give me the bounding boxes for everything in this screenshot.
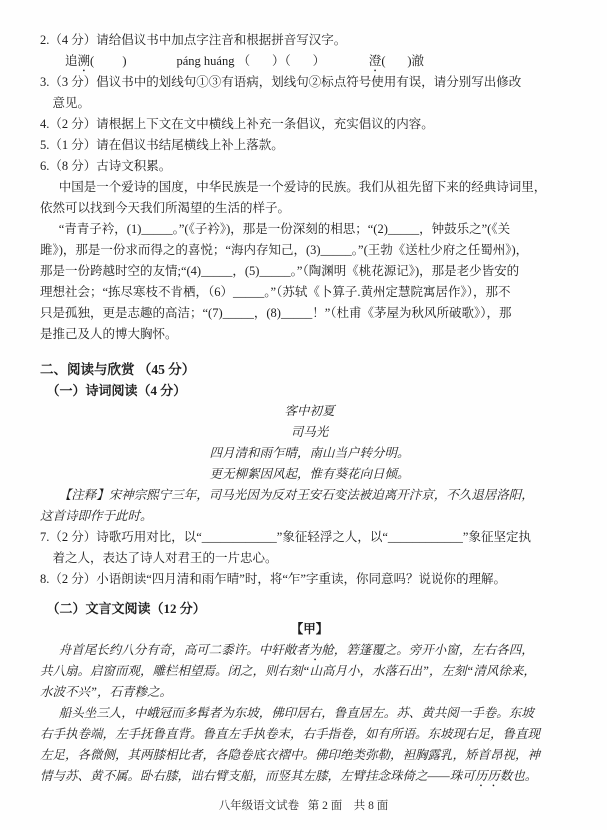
emphasis-dot-char: 为 <box>309 640 322 661</box>
emphasis-dot-char: 澄 <box>369 51 382 72</box>
question-3: 3.（3 分）倡议书中的划线句①③有语病，划线句②标点符号使用有误，请分别写出修… <box>40 72 579 114</box>
text-line: 这首诗即作于此时。 <box>40 506 579 527</box>
text-line: 7.（2 分）诗歌巧用对比，以“____________”象征轻浮之人，以“__… <box>40 527 579 548</box>
passage-jia-paragraph-1: 舟首尾长约八分有奇，高可二黍许。中轩敞者为舱，箬篷覆之。旁开小窗，左右各四，共八… <box>40 640 579 703</box>
poem-block: 客中初夏 司马光 四月清和雨乍晴，南山当户转分明。更无柳絮因风起，惟有葵花向日倾… <box>40 401 579 485</box>
section-2-subsection-1-title: （一）诗词阅读（4 分） <box>40 380 579 401</box>
text-line: 雎》)，那是一份求而得之的喜悦；“海内存知己，(3)_____。”(王勃《送杜少… <box>40 240 579 261</box>
poem-author: 司马光 <box>40 422 579 443</box>
passage-jia-paragraph-2: 船头坐三人，中峨冠而多髯者为东坡，佛印居右，鲁直居左。苏、黄共阅一手卷。东坡右手… <box>40 703 579 787</box>
question-5: 5.（1 分）请在倡议书结尾横线上补上落款。 <box>40 135 579 156</box>
text-line: 中国是一个爱诗的国度，中华民族是一个爱诗的民族。我们从祖先留下来的经典诗词里， <box>40 177 579 198</box>
question-6-paragraph-1: 中国是一个爱诗的国度，中华民族是一个爱诗的民族。我们从祖先留下来的经典诗词里，依… <box>40 177 579 219</box>
question-7: 7.（2 分）诗歌巧用对比，以“____________”象征轻浮之人，以“__… <box>40 527 579 569</box>
text-line: “青青子衿，(1)_____。”(《子衿》)，那是一份深刻的相思；“(2)___… <box>40 219 579 240</box>
text-line: 水波不兴”，石青糁之。 <box>40 682 579 703</box>
text-line: 着之人，表达了诗人对君王的一片忠心。 <box>40 548 579 569</box>
text-line: 舟首尾长约八分有奇，高可二黍许。中轩敞者为舱，箬篷覆之。旁开小窗，左右各四， <box>40 640 579 661</box>
poem-annotation: 【注释】宋神宗熙宁三年，司马光因为反对王安石变法被迫离开汴京，不久退居洛阳，这首… <box>40 485 579 527</box>
text-line: 船头坐三人，中峨冠而多髯者为东坡，佛印居右，鲁直居左。苏、黄共阅一手卷。东坡 <box>40 703 579 724</box>
text-line: 【注释】宋神宗熙宁三年，司马光因为反对王安石变法被迫离开汴京，不久退居洛阳， <box>40 485 579 506</box>
emphasis-dot-char: 溯 <box>78 51 91 72</box>
text-line: 是推己及人的博大胸怀。 <box>40 324 579 345</box>
emphasis-dot-char: 历 <box>487 766 500 787</box>
text-line: 情与苏、黄不属。卧右膝，诎右臂支船，而竖其左膝，左臂挂念珠倚之——珠可历历数也。 <box>40 766 579 787</box>
text-line: 依然可以找到今天我们所渴望的生活的样子。 <box>40 198 579 219</box>
text-line: 那是一份跨越时空的友情;“(4)_____，(5)_____。”（陶渊明《桃花源… <box>40 261 579 282</box>
text-line: 追溯( ) páng huáng （ ）（ ） 澄( )澈 <box>40 51 579 72</box>
question-6-intro: 6.（8 分）古诗文积累。 <box>40 156 579 177</box>
poem-verses: 四月清和雨乍晴，南山当户转分明。更无柳絮因风起，惟有葵花向日倾。 <box>40 443 579 485</box>
text-line: 意见。 <box>40 93 579 114</box>
text-line: 只是孤独，更是志趣的高洁；“(7)_____，(8)_____！”（杜甫《茅屋为… <box>40 303 579 324</box>
text-line: 更无柳絮因风起，惟有葵花向日倾。 <box>40 464 579 485</box>
text-line: 左足，各微侧，其两膝相比者，各隐卷底衣褶中。佛印绝类弥勒，袒胸露乳，矫首昂视，神 <box>40 745 579 766</box>
exam-paper-page: 2.（4 分）请给倡议书中加点字注音和根据拼音写汉字。 追溯( ) páng h… <box>0 0 607 830</box>
question-8: 8.（2 分）小语朗读“四月清和雨乍晴”时，将“乍”字重读，你同意吗？说说你的理… <box>40 569 579 590</box>
question-6-paragraph-2: “青青子衿，(1)_____。”(《子衿》)，那是一份深刻的相思；“(2)___… <box>40 219 579 345</box>
page-footer: 八年级语文试卷 第 2 面 共 8 面 <box>0 797 607 813</box>
question-4: 4.（2 分）请根据上下文在文中横线上补充一条倡议，充实倡议的内容。 <box>40 114 579 135</box>
question-2-pinyin-line: 追溯( ) páng huáng （ ）（ ） 澄( )澈 <box>40 51 579 72</box>
text-line: 右手执卷端，左手抚鲁直背。鲁直左手执卷末，右手指卷，如有所语。东坡现右足，鲁直现 <box>40 724 579 745</box>
section-2-title: 二、阅读与欣赏 （45 分） <box>40 359 579 380</box>
passage-jia-label: 【甲】 <box>40 619 579 640</box>
section-2-subsection-2-title: （二）文言文阅读（12 分） <box>40 598 579 619</box>
emphasis-dot-char: 历 <box>475 766 488 787</box>
text-line: 8.（2 分）小语朗读“四月清和雨乍晴”时，将“乍”字重读，你同意吗？说说你的理… <box>40 569 579 590</box>
text-line: 理想社会；“拣尽寒枝不肯栖，（6）_____。”（苏轼《卜算子.黄州定慧院寓居作… <box>40 282 579 303</box>
text-line: 3.（3 分）倡议书中的划线句①③有语病，划线句②标点符号使用有误，请分别写出修… <box>40 72 579 93</box>
text-line: 四月清和雨乍晴，南山当户转分明。 <box>40 443 579 464</box>
poem-title: 客中初夏 <box>40 401 579 422</box>
question-2-intro: 2.（4 分）请给倡议书中加点字注音和根据拼音写汉字。 <box>40 30 579 51</box>
